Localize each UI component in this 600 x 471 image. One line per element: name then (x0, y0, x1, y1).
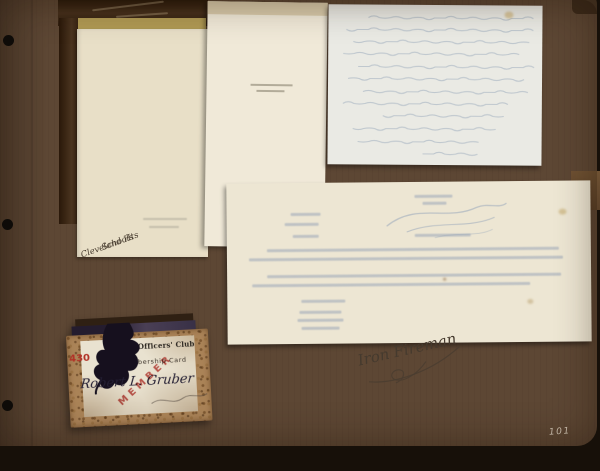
mirrored-cursive-lines (327, 4, 542, 165)
tape-scratch (92, 1, 164, 12)
hole-punch (2, 400, 13, 411)
mirrored-cursive-line (358, 140, 479, 144)
paper-stain (527, 299, 533, 304)
paper-speck (443, 278, 446, 281)
album-page: Officers' Club Membership Card 430 MEMBE… (0, 0, 597, 446)
program-back-paper (77, 29, 208, 257)
hole-punch (3, 35, 14, 46)
scrapbook-photo: Officers' Club Membership Card 430 MEMBE… (0, 0, 600, 471)
show-through-mark (149, 226, 179, 228)
mirrored-cursive-line (423, 152, 478, 155)
paper-stain (559, 209, 567, 215)
mirrored-cursive-line (353, 40, 529, 45)
card-fold-band (208, 1, 328, 16)
mirrored-signature-flourish (376, 195, 516, 244)
show-through-text-line (256, 90, 284, 92)
mirrored-typed-line (415, 233, 471, 236)
mirrored-typed-line (293, 235, 319, 238)
show-through-mark (143, 218, 187, 220)
mirrored-typed-line (422, 202, 446, 205)
mirrored-typed-line (414, 195, 452, 198)
mirrored-cursive-line (363, 90, 528, 94)
mirrored-typed-line (291, 213, 321, 216)
mirrored-typed-line (249, 256, 563, 262)
mirrored-cursive-line (383, 114, 504, 118)
mirrored-typed-line (302, 327, 340, 330)
corner-mount (572, 0, 597, 14)
mirrored-cursive-line (343, 52, 519, 57)
mirrored-cursive-line (353, 127, 496, 131)
membership-card: Officers' Club Membership Card 430 MEMBE… (65, 312, 219, 434)
mirrored-typed-line (252, 282, 530, 287)
handwritten-letter-back (327, 4, 542, 165)
mirrored-cursive-line (346, 28, 533, 33)
tape-scratch (116, 12, 168, 17)
mirrored-cursive-line (343, 102, 508, 106)
show-through-text-line (251, 84, 293, 87)
mirrored-typed-line (267, 247, 559, 253)
mirrored-typed-line (301, 300, 345, 303)
mirrored-cursive-line (348, 77, 524, 82)
typed-letter-back (226, 180, 591, 344)
member-number: 430 (69, 353, 90, 365)
paper-stain (504, 11, 513, 18)
mirrored-cursive-line (358, 65, 534, 70)
hole-punch (2, 219, 13, 230)
mirrored-typed-line (267, 273, 561, 279)
binding-crease (31, 0, 33, 446)
mirrored-typed-line (285, 223, 319, 226)
mirrored-typed-line (297, 319, 343, 322)
page-number: 101 (549, 426, 571, 437)
mirrored-typed-line (299, 311, 341, 314)
